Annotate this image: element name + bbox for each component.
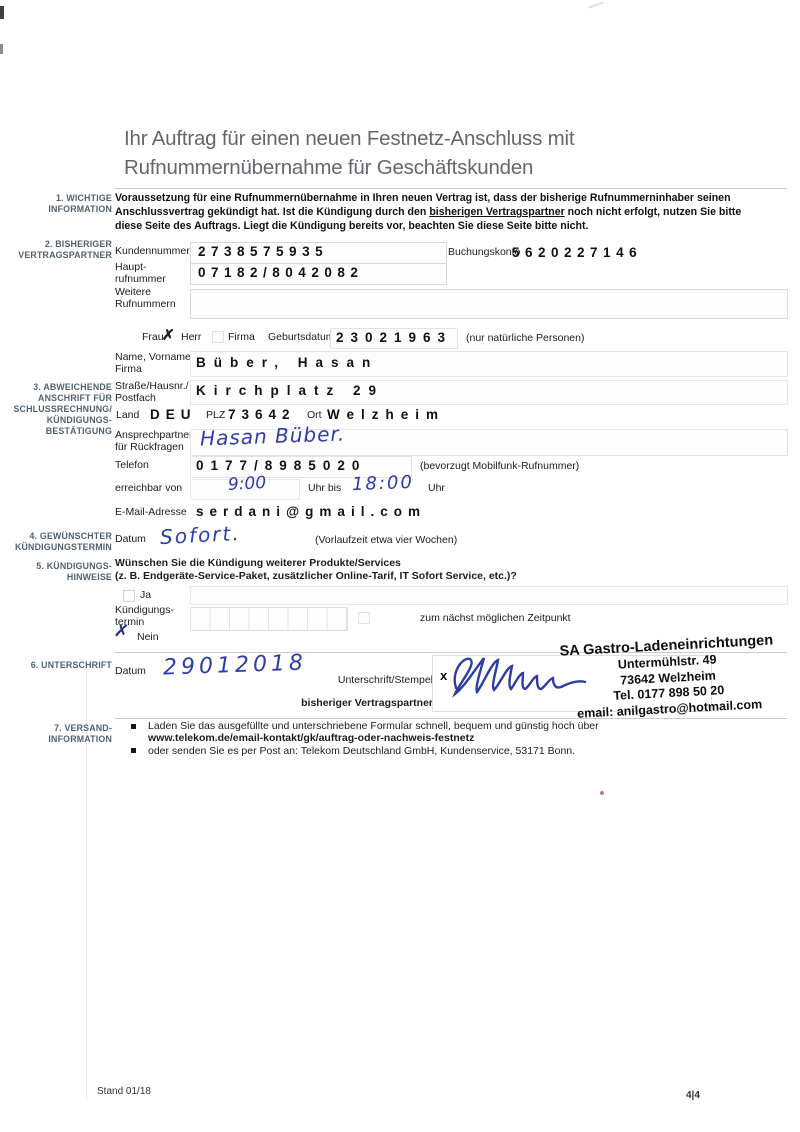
- company-stamp: SA Gastro-Ladeneinrichtungen Untermühlst…: [541, 632, 795, 724]
- email-value: serdani@gmail.com: [196, 504, 426, 519]
- uhr-label: Uhr: [428, 483, 445, 495]
- strasse-label: Straße/Hausnr./ Postfach: [115, 381, 189, 404]
- naechst-moeglich-label: zum nächst möglichen Zeitpunkt: [420, 613, 571, 625]
- bullet-icon: [131, 724, 136, 729]
- unterschrift-stempel-label: Unterschrift/Stempel bisheriger Vertrags…: [285, 663, 433, 721]
- buchungskonto-value: 5620227146: [512, 245, 642, 260]
- unterschrift-stempel-label-line1: Unterschrift/Stempel: [285, 675, 433, 687]
- scan-edge-mark: [0, 6, 4, 19]
- ort-label: Ort: [307, 410, 322, 422]
- info-text-underlined: bisherigen Vertragspartner: [429, 206, 564, 218]
- bullet-icon: [131, 748, 136, 753]
- unterschrift-stempel-label-line2: bisheriger Vertragspartner: [285, 698, 433, 710]
- telefon-label: Telefon: [115, 460, 149, 472]
- unterschrift-datum-label: Datum: [115, 666, 146, 678]
- buchungskonto-label: Buchungskonto: [448, 247, 520, 259]
- section-label-2: 2. BISHERIGER VERTRAGSPARTNER: [0, 239, 112, 261]
- strasse-value: Kirchplatz 29: [196, 383, 384, 398]
- kuendigungstermin-datum-label: Datum: [115, 534, 146, 546]
- vorlaufzeit-note: (Vorlaufzeit etwa vier Wochen): [315, 534, 457, 546]
- section-label-7: 7. VERSAND- INFORMATION: [0, 723, 112, 745]
- versand-upload-url: www.telekom.de/email-kontakt/gk/auftrag-…: [148, 733, 708, 745]
- kundennummer-value: 2738575935: [198, 244, 328, 259]
- hauptrufnummer-label: Haupt- rufnummer: [115, 262, 166, 285]
- plz-value: 73642: [228, 407, 296, 422]
- firma-checkbox: [212, 331, 224, 343]
- naechst-moeglich-checkbox: [358, 612, 370, 624]
- versand-post-text: oder senden Sie es per Post an: Telekom …: [148, 746, 748, 758]
- scan-red-dot: [600, 791, 604, 795]
- footer-stand: Stand 01/18: [97, 1086, 151, 1097]
- name-value: Büber, Hasan: [196, 355, 378, 370]
- erreichbar-von-handwritten-value: 9:00: [228, 473, 267, 495]
- signature-x-marker: x: [440, 668, 447, 683]
- telefon-note: (bevorzugt Mobilfunk-Rufnummer): [420, 460, 579, 472]
- telefon-value: 0177/8985020: [196, 458, 366, 473]
- kuendigung-frage-line2: (z. B. Endgeräte-Service-Paket, zusätzli…: [115, 571, 517, 583]
- plz-label: PLZ: [206, 410, 225, 422]
- ja-checkbox: [123, 590, 135, 602]
- footer-page-number: 4|4: [686, 1090, 700, 1101]
- important-information-text: Voraussetzung für eine Rufnummernübernah…: [115, 191, 755, 233]
- section-label-4: 4. GEWÜNSCHTER KÜNDIGUNGSTERMIN: [0, 531, 112, 553]
- ort-value: Welzheim: [327, 407, 445, 422]
- divider: [115, 718, 787, 719]
- erreichbar-bis-handwritten-value: 18:00: [352, 472, 415, 495]
- kundennummer-label: Kundennummer: [115, 246, 190, 258]
- versand-upload-text: Laden Sie das ausgefüllte und unterschri…: [148, 721, 708, 733]
- land-value: DEU: [150, 407, 197, 422]
- ansprechpartner-label: Ansprechpartner für Rückfragen: [115, 430, 193, 453]
- email-label: E-Mail-Adresse: [115, 507, 187, 519]
- weitere-rufnummern-field: [190, 289, 788, 319]
- weitere-rufnummern-label: Weitere Rufnummern: [115, 287, 176, 310]
- kuendigung-frage-line1: Wünschen Sie die Kündigung weiterer Prod…: [115, 558, 401, 570]
- nein-handwritten-mark: ✗: [113, 620, 131, 643]
- scan-smudge: [588, 1, 604, 8]
- land-label: Land: [116, 410, 139, 422]
- ja-detail-field: [190, 586, 788, 605]
- firma-label: Firma: [228, 332, 255, 344]
- ansprechpartner-handwritten-value: Hasan Büber.: [200, 421, 346, 450]
- ja-label: Ja: [140, 590, 151, 602]
- frau-label: Frau: [142, 332, 164, 344]
- section-label-6: 6. UNTERSCHRIFT: [0, 660, 112, 671]
- herr-label: Herr: [181, 332, 201, 344]
- page-title: Ihr Auftrag für einen neuen Festnetz-Ans…: [124, 124, 574, 182]
- kuendigungs-termin-date-field: [190, 607, 348, 631]
- divider: [115, 188, 787, 189]
- scanned-form-page: Ihr Auftrag für einen neuen Festnetz-Ans…: [0, 0, 800, 1132]
- page-title-line1: Ihr Auftrag für einen neuen Festnetz-Ans…: [124, 124, 574, 153]
- uhr-bis-label: Uhr bis: [308, 483, 341, 495]
- nein-label: Nein: [137, 632, 159, 644]
- erreichbar-von-label: erreichbar von: [115, 483, 182, 495]
- section-label-5: 5. KÜNDIGUNGS- HINWEISE: [0, 561, 112, 583]
- name-label: Name, Vorname/ Firma: [115, 352, 194, 375]
- section-label-1: 1. WICHTIGE INFORMATION: [0, 193, 112, 215]
- scan-edge-mark: [0, 44, 3, 54]
- herr-checked-mark: ✗: [161, 326, 175, 345]
- section-label-3: 3. ABWEICHENDE ANSCHRIFT FÜR SCHLUSSRECH…: [0, 382, 112, 437]
- hauptrufnummer-value: 07182/8042082: [198, 265, 363, 280]
- geburtsdatum-value: 23021963: [336, 330, 452, 345]
- kuendigungstermin-datum-handwritten-value: Sofort.: [159, 521, 241, 549]
- geburtsdatum-note: (nur natürliche Personen): [466, 332, 584, 344]
- page-title-line2: Rufnummernübernahme für Geschäftskunden: [124, 153, 574, 182]
- geburtsdatum-label: Geburtsdatum: [268, 332, 335, 344]
